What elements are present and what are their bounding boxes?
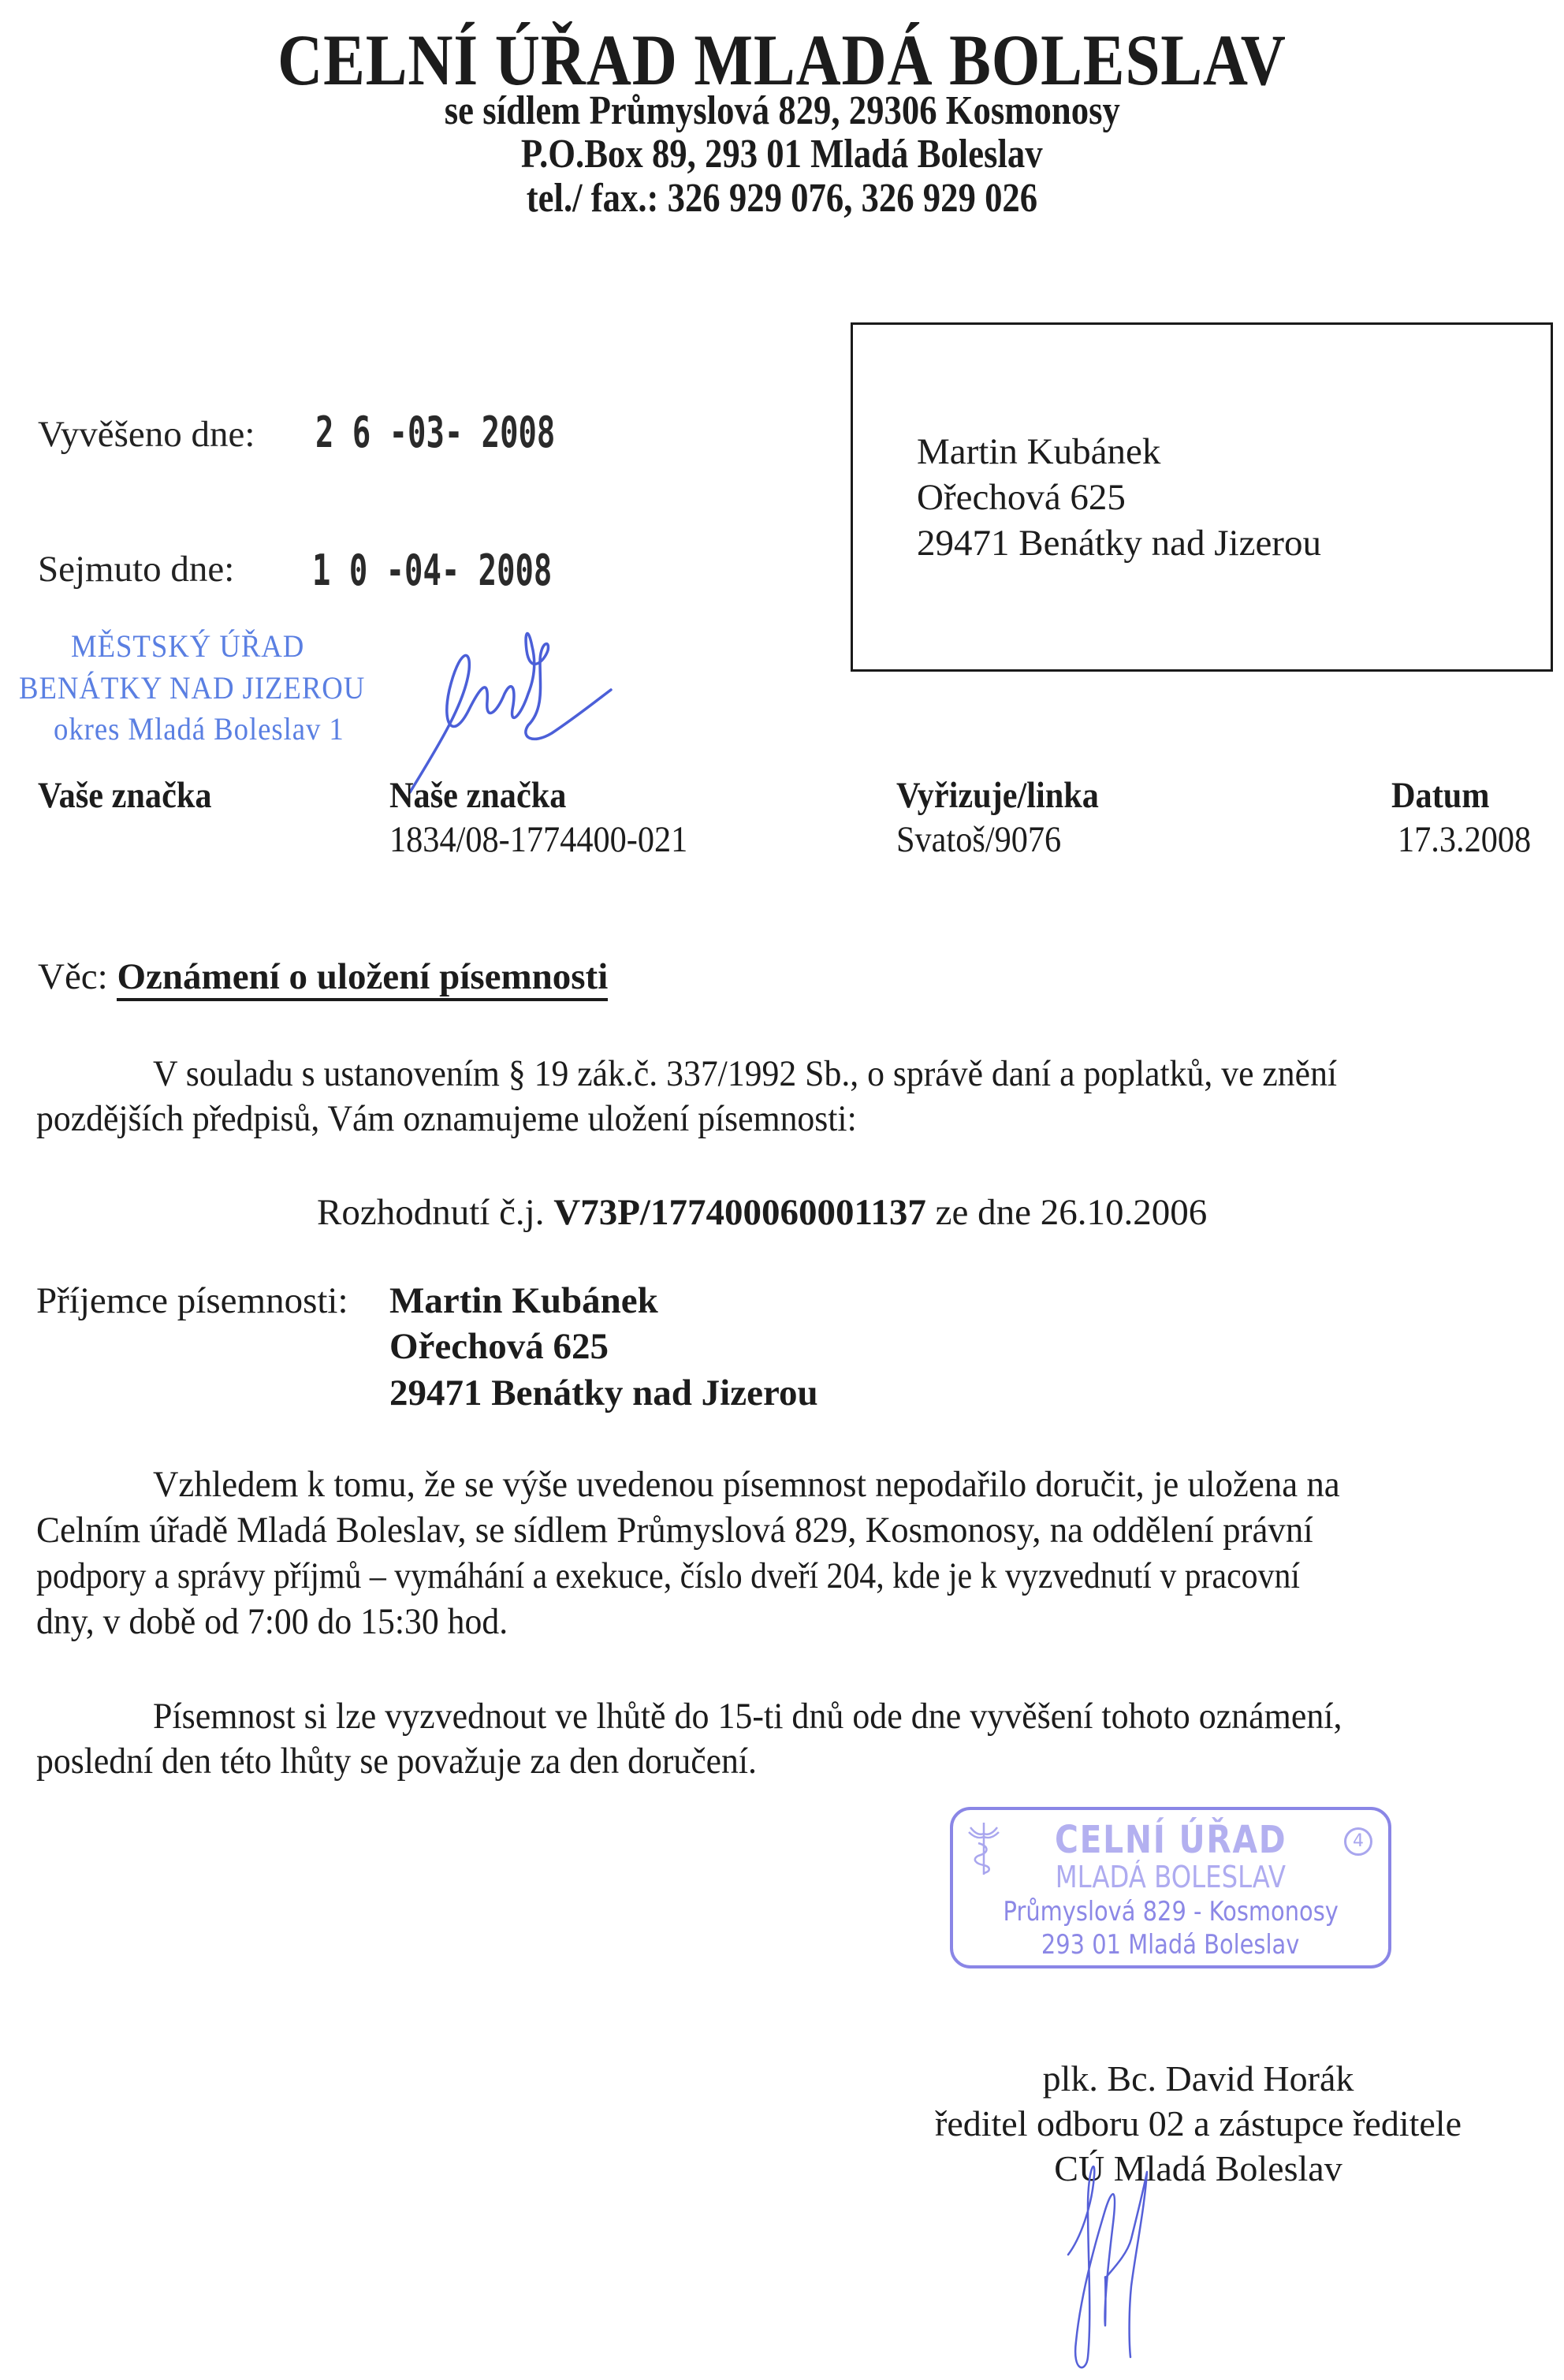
- addressee-city: 29471 Benátky nad Jizerou: [389, 1375, 818, 1412]
- posted-date-text: 2 6 -03- 2008: [315, 412, 555, 454]
- your-reference-label-text: Vaše značka: [38, 777, 212, 814]
- paragraph-3-line-2: poslední den této lhůty se považuje za d…: [36, 1743, 811, 1780]
- signatory-name: plk. Bc. David Horák: [851, 2061, 1545, 2097]
- municipal-stamp-line-2: BENÁTKY NAD JIZEROU: [19, 672, 395, 704]
- decision-date: ze dne 26.10.2006: [936, 1192, 1208, 1233]
- decision-reference: Rozhodnutí č.j. V73P/177400060001137 ze …: [317, 1194, 1207, 1231]
- office-title-text: CELNÍ ÚŘAD MLADÁ BOLESLAV: [277, 24, 1287, 96]
- customs-stamp-line-2: MLADÁ BOLESLAV: [953, 1862, 1388, 1892]
- recipient-street: Ořechová 625: [917, 479, 1126, 516]
- our-reference-value-text: 1834/08-1774400-021: [389, 821, 687, 859]
- our-reference-label-text: Naše značka: [389, 777, 566, 814]
- date-value-text: 17.3.2008: [1398, 821, 1531, 859]
- posted-label: Vyvěšeno dne:: [38, 416, 255, 453]
- date-label: Datum: [1391, 777, 1500, 814]
- office-phone-text: tel./ fax.: 326 929 076, 326 929 026: [527, 178, 1037, 219]
- office-address: se sídlem Průmyslová 829, 29306 Kosmonos…: [0, 91, 1564, 132]
- office-title: CELNÍ ÚŘAD MLADÁ BOLESLAV: [0, 24, 1564, 96]
- addressee-name: Martin Kubánek: [389, 1283, 658, 1320]
- signatory-title: ředitel odboru 02 a zástupce ředitele: [851, 2106, 1545, 2142]
- customs-office-stamp: 4 CELNÍ ÚŘAD MLADÁ BOLESLAV Průmyslová 8…: [950, 1807, 1391, 1968]
- removed-label: Sejmuto dne:: [38, 551, 234, 588]
- customs-stamp-line-1: CELNÍ ÚŘAD: [953, 1821, 1388, 1859]
- paragraph-3-line-1: Písemnost si lze vyzvednout ve lhůtě do …: [153, 1698, 1424, 1735]
- municipal-stamp-text-3: okres Mladá Boleslav 1: [54, 713, 344, 745]
- office-pobox: P.O.Box 89, 293 01 Mladá Boleslav: [0, 134, 1564, 175]
- paragraph-2-line-2-text: Celním úřadě Mladá Boleslav, se sídlem P…: [36, 1512, 1313, 1549]
- customs-stamp-text-3: Průmyslová 829 - Kosmonosy: [1003, 1898, 1338, 1925]
- addressee-label: Příjemce písemnosti:: [36, 1283, 348, 1320]
- municipal-stamp-text-1: MĚSTSKÝ ÚŘAD: [71, 631, 304, 662]
- municipal-stamp-line-3: okres Mladá Boleslav 1: [54, 713, 370, 745]
- handled-by-value-text: Svatoš/9076: [896, 821, 1061, 859]
- paragraph-3-line-2-text: poslední den této lhůty se považuje za d…: [36, 1743, 757, 1780]
- customs-stamp-text-4: 293 01 Mladá Boleslav: [1041, 1931, 1299, 1958]
- removed-date-text: 1 0 -04- 2008: [312, 549, 552, 592]
- office-address-text: se sídlem Průmyslová 829, 29306 Kosmonos…: [444, 91, 1119, 132]
- paragraph-2-line-2: Celním úřadě Mladá Boleslav, se sídlem P…: [36, 1512, 1373, 1549]
- subject-label: Věc:: [38, 956, 108, 997]
- customs-stamp-text-2: MLADÁ BOLESLAV: [1056, 1862, 1286, 1892]
- decision-prefix: Rozhodnutí č.j.: [317, 1192, 545, 1233]
- posted-date: 2 6 -03- 2008: [315, 412, 649, 454]
- our-reference-label: Naše značka: [389, 777, 586, 814]
- handled-by-label: Vyřizuje/linka: [896, 777, 1122, 814]
- paragraph-2-line-1: Vzhledem k tomu, že se výše uvedenou pís…: [153, 1466, 1396, 1503]
- paragraph-2-line-4-text: dny, v době od 7:00 do 15:30 hod.: [36, 1603, 508, 1641]
- date-label-text: Datum: [1391, 777, 1490, 814]
- paragraph-1-line-1: V souladu s ustanovením § 19 zák.č. 337/…: [153, 1056, 1426, 1093]
- paragraph-1-line-1-text: V souladu s ustanovením § 19 zák.č. 337/…: [153, 1056, 1337, 1093]
- recipient-city: 29471 Benátky nad Jizerou: [917, 525, 1321, 562]
- paragraph-2-line-4: dny, v době od 7:00 do 15:30 hod.: [36, 1603, 543, 1641]
- paragraph-2-line-3-text: podpory a správy příjmů – vymáhání a exe…: [36, 1558, 1300, 1595]
- paragraph-2-line-1-text: Vzhledem k tomu, že se výše uvedenou pís…: [153, 1466, 1340, 1503]
- addressee-street: Ořechová 625: [389, 1328, 609, 1365]
- subject-line: Věc: Oznámení o uložení písemnosti: [38, 959, 608, 996]
- your-reference-label: Vaše značka: [38, 777, 231, 814]
- municipal-signature-icon: [394, 615, 623, 796]
- our-reference-value: 1834/08-1774400-021: [389, 821, 721, 859]
- director-signature-icon: [1056, 2160, 1238, 2373]
- recipient-name: Martin Kubánek: [917, 434, 1160, 471]
- paragraph-2-line-3: podpory a správy příjmů – vymáhání a exe…: [36, 1558, 1456, 1595]
- removed-date: 1 0 -04- 2008: [312, 549, 646, 592]
- paragraph-1-line-2-text: pozdějších předpisů, Vám oznamujeme ulož…: [36, 1101, 857, 1138]
- customs-stamp-line-3: Průmyslová 829 - Kosmonosy: [953, 1898, 1388, 1925]
- office-pobox-text: P.O.Box 89, 293 01 Mladá Boleslav: [521, 134, 1043, 175]
- handled-by-label-text: Vyřizuje/linka: [896, 777, 1099, 814]
- paragraph-1-line-2: pozdějších předpisů, Vám oznamujeme ulož…: [36, 1101, 918, 1138]
- handled-by-value: Svatoš/9076: [896, 821, 1079, 859]
- paragraph-3-line-1-text: Písemnost si lze vyzvednout ve lhůtě do …: [153, 1698, 1342, 1735]
- decision-number: V73P/177400060001137: [553, 1192, 926, 1233]
- municipal-stamp-text-2: BENÁTKY NAD JIZEROU: [19, 672, 365, 704]
- subject-text: Oznámení o uložení písemnosti: [117, 956, 608, 1001]
- customs-stamp-text-1: CELNÍ ÚŘAD: [1055, 1821, 1287, 1859]
- municipal-stamp-line-1: MĚSTSKÝ ÚŘAD: [71, 631, 325, 662]
- customs-stamp-line-4: 293 01 Mladá Boleslav: [953, 1931, 1388, 1958]
- office-phone: tel./ fax.: 326 929 076, 326 929 026: [0, 178, 1564, 219]
- date-value: 17.3.2008: [1398, 821, 1546, 859]
